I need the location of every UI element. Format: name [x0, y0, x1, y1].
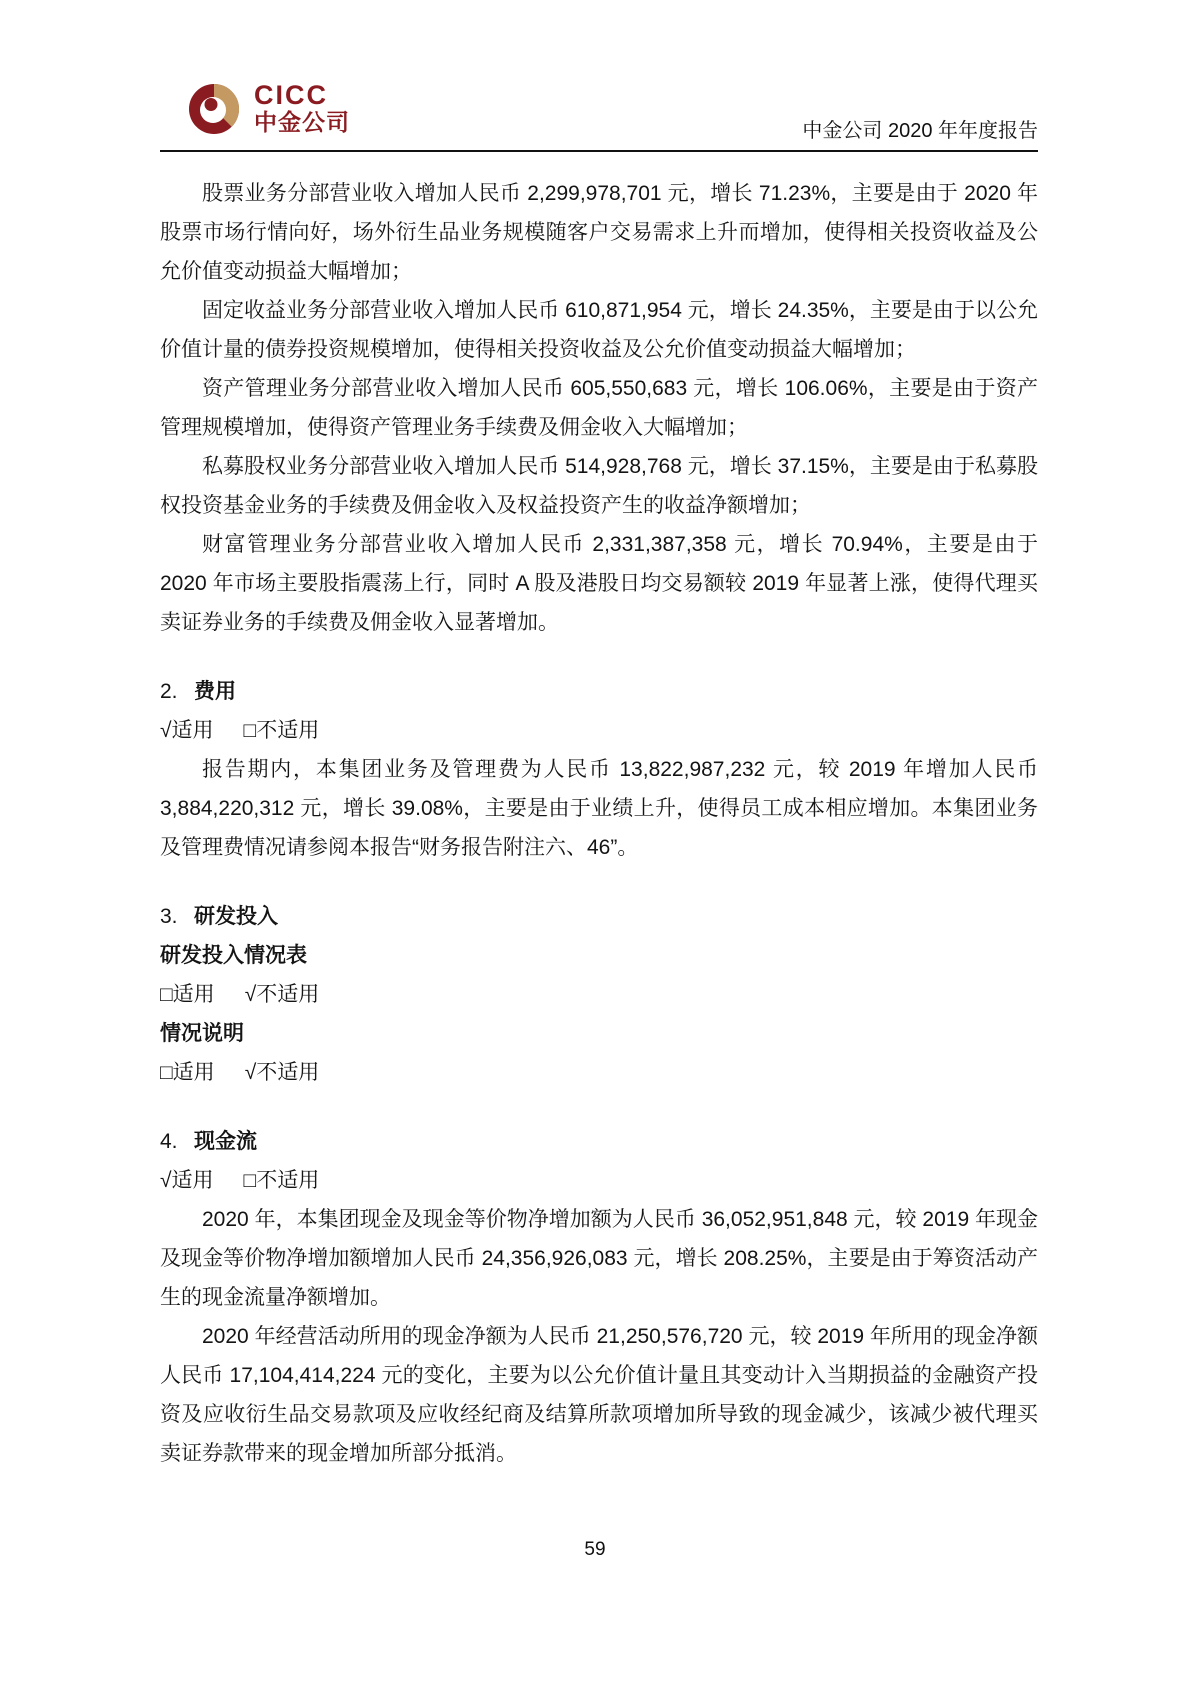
paragraph-wealth-management-segment: 财富管理业务分部营业收入增加人民币 2,331,387,358 元，增长 70.… [160, 525, 1038, 642]
not-applicable-option-unchecked: □不适用 [244, 719, 320, 742]
applicability-row-rd-note: □适用√不适用 [160, 1053, 1038, 1092]
page-content: CICC 中金公司 中金公司 2020 年年度报告 股票业务分部营业收入增加人民… [160, 0, 1038, 1683]
applicable-option-checked: √适用 [160, 719, 214, 742]
cicc-logo-icon [188, 83, 240, 135]
section-title: 研发投入 [194, 905, 278, 928]
logo-brand-en: CICC [254, 82, 350, 109]
paragraph-fee-detail: 报告期内，本集团业务及管理费为人民币 13,822,987,232 元，较 20… [160, 750, 1038, 867]
rd-table-label: 研发投入情况表 [160, 936, 1038, 975]
paragraph-fixed-income-segment: 固定收益业务分部营业收入增加人民币 610,871,954 元，增长 24.35… [160, 291, 1038, 369]
applicable-option-unchecked: □适用 [160, 983, 215, 1006]
applicability-row-rd-table: □适用√不适用 [160, 975, 1038, 1014]
paragraph-cash-net-increase: 2020 年，本集团现金及现金等价物净增加额为人民币 36,052,951,84… [160, 1200, 1038, 1317]
applicability-row-cashflow: √适用□不适用 [160, 1161, 1038, 1200]
not-applicable-option-unchecked: □不适用 [244, 1169, 320, 1192]
report-header-title: 中金公司 2020 年年度报告 [802, 118, 1038, 144]
section-title: 现金流 [194, 1130, 257, 1153]
section-number: 2. [160, 672, 194, 711]
paragraph-operating-cash: 2020 年经营活动所用的现金净额为人民币 21,250,576,720 元，较… [160, 1317, 1038, 1473]
header-divider [160, 150, 1038, 152]
cicc-logo-text: CICC 中金公司 [254, 82, 350, 135]
paragraph-asset-management-segment: 资产管理业务分部营业收入增加人民币 605,550,683 元，增长 106.0… [160, 369, 1038, 447]
section-number: 4. [160, 1122, 194, 1161]
rd-note-label: 情况说明 [160, 1014, 1038, 1053]
section-heading-cashflow: 4.现金流 [160, 1122, 1038, 1161]
section-heading-rd: 3.研发投入 [160, 897, 1038, 936]
not-applicable-option-checked: √不适用 [245, 983, 320, 1006]
not-applicable-option-checked: √不适用 [245, 1061, 320, 1084]
logo-brand-zh: 中金公司 [254, 109, 350, 135]
applicable-option-checked: √适用 [160, 1169, 214, 1192]
paragraph-equities-segment: 股票业务分部营业收入增加人民币 2,299,978,701 元，增长 71.23… [160, 174, 1038, 291]
section-title: 费用 [194, 680, 236, 703]
section-number: 3. [160, 897, 194, 936]
applicable-option-unchecked: □适用 [160, 1061, 215, 1084]
paragraph-private-equity-segment: 私募股权业务分部营业收入增加人民币 514,928,768 元，增长 37.15… [160, 447, 1038, 525]
document-body: 股票业务分部营业收入增加人民币 2,299,978,701 元，增长 71.23… [160, 174, 1038, 1473]
page-number: 59 [0, 1538, 1190, 1562]
applicability-row-fee: √适用□不适用 [160, 711, 1038, 750]
cicc-logo: CICC 中金公司 [188, 82, 350, 135]
annual-report-page: CICC 中金公司 中金公司 2020 年年度报告 股票业务分部营业收入增加人民… [0, 0, 1190, 1683]
section-heading-fee: 2.费用 [160, 672, 1038, 711]
